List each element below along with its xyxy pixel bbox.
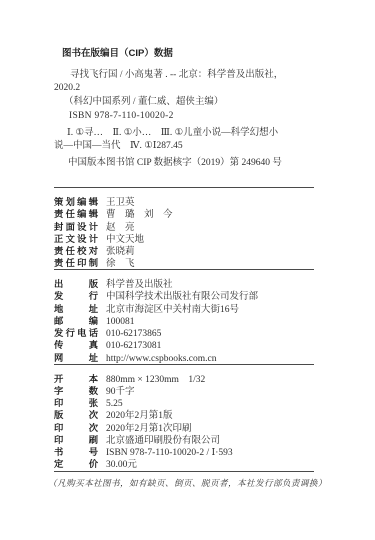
field-value: 北京市海淀区中关村南大街16号	[106, 301, 239, 315]
field-value: 北京盛通印刷股份有限公司	[106, 432, 220, 446]
divider	[54, 187, 314, 188]
publisher-row: 邮编 100081	[54, 313, 334, 325]
field-value: 90千字	[106, 383, 135, 397]
publisher-row: 出版 科学普及出版社	[54, 276, 334, 288]
spec-row: 开本 880mm × 1230mm 1/32	[54, 371, 334, 383]
divider	[54, 364, 314, 365]
spec-row: 印张 5.25	[54, 395, 334, 407]
publisher-row: 发行电话 010-62173865	[54, 325, 334, 337]
field-value: 010-62173865	[106, 329, 161, 339]
spec-row: 印次 2020年2月第1次印刷	[54, 420, 334, 432]
website-url: http://www.cspbooks.com.cn	[106, 354, 216, 364]
field-value: 徐 飞	[106, 255, 135, 269]
staff-row: 责任校对 张晓莉	[54, 243, 334, 255]
cip-classification-line2: 说—中国—当代 Ⅳ. ①Ⅰ287.45	[54, 140, 314, 153]
publisher-row: 网址 http://www.cspbooks.com.cn	[54, 350, 334, 362]
field-value: 100081	[106, 317, 135, 327]
cip-series-statement: （科幻中国系列 / 董仁威、超侠主编）	[54, 96, 324, 109]
field-label: 定价	[54, 456, 98, 470]
staff-list: 策划编辑 王卫英 责任编辑 曹 璐 刘 今 封面设计 赵 亮 正文设计 中文天地…	[54, 194, 334, 268]
price: 30.00元	[106, 456, 137, 470]
cip-isbn: ISBN 978-7-110-10020-2	[54, 110, 329, 123]
spec-row: 印刷 北京盛通印刷股份有限公司	[54, 432, 334, 444]
publisher-row: 发行 中国科学技术出版社有限公司发行部	[54, 288, 334, 300]
publisher-row: 地址 北京市海淀区中关村南大街16号	[54, 301, 334, 313]
cip-entry-line1: 寻找飞行国 / 小高鬼著 . -- 北京：科学普及出版社，	[54, 69, 330, 82]
cip-heading: 图书在版编目（CIP）数据	[54, 48, 322, 61]
specs-list: 开本 880mm × 1230mm 1/32 字数 90千字 印张 5.25 版…	[54, 371, 334, 468]
staff-row: 正文设计 中文天地	[54, 231, 334, 243]
divider	[54, 269, 314, 270]
copyright-page: 图书在版编目（CIP）数据 寻找飞行国 / 小高鬼著 . -- 北京：科学普及出…	[0, 0, 375, 540]
staff-row: 责任印制 徐 飞	[54, 255, 334, 267]
staff-row: 策划编辑 王卫英	[54, 194, 334, 206]
divider	[54, 471, 314, 472]
cip-classification: Ⅰ. ①寻… Ⅱ. ①小… Ⅲ. ①儿童小说—科学幻想小 说—中国—当代 Ⅳ. …	[54, 127, 314, 152]
publisher-row: 传真 010-62173081	[54, 337, 334, 349]
cip-record-number: 中国版本图书馆 CIP 数据核字（2019）第 249640 号	[54, 157, 328, 170]
staff-row: 封面设计 赵 亮	[54, 219, 334, 231]
replacement-policy-note: （凡购买本社图书，如有缺页、倒页、脱页者，本社发行部负责调换）	[40, 477, 335, 489]
field-label: 责任印制	[54, 255, 98, 269]
spec-row: 版次 2020年2月第1版	[54, 407, 334, 419]
cip-entry-line2: 2020.2	[54, 82, 314, 95]
field-label: 网址	[54, 350, 98, 364]
cip-classification-line1: Ⅰ. ①寻… Ⅱ. ①小… Ⅲ. ①儿童小说—科学幻想小	[54, 127, 314, 140]
publisher-list: 出版 科学普及出版社 发行 中国科学技术出版社有限公司发行部 地址 北京市海淀区…	[54, 276, 334, 362]
staff-row: 责任编辑 曹 璐 刘 今	[54, 206, 334, 218]
field-value: 010-62173081	[106, 341, 161, 351]
